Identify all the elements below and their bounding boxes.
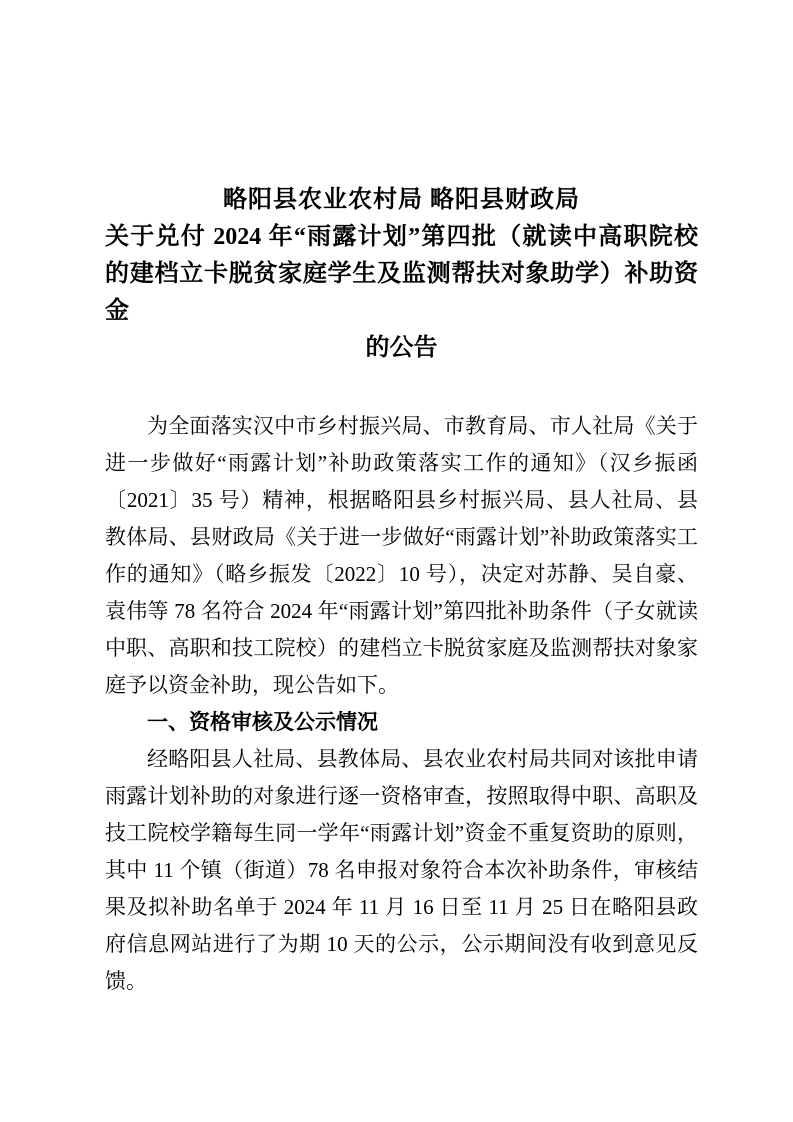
section-1-paragraph: 经略阳县人社局、县教体局、县农业农村局共同对该批申请雨露计划补助的对象进行逐一资…	[105, 741, 698, 1000]
intro-paragraph: 为全面落实汉中市乡村振兴局、市教育局、市人社局《关于进一步做好“雨露计划”补助政…	[105, 408, 698, 704]
title-subject-line-3: 的公告	[105, 330, 698, 367]
title-subject-line-2: 的建档立卡脱贫家庭学生及监测帮扶对象助学）补助资金	[105, 256, 698, 330]
document-content: 略阳县农业农村局 略阳县财政局 关于兑付 2024 年“雨露计划”第四批（就读中…	[0, 0, 793, 1000]
issuing-agencies-line: 略阳县农业农村局 略阳县财政局	[105, 182, 698, 219]
title-subject-line-1: 关于兑付 2024 年“雨露计划”第四批（就读中高职院校	[105, 219, 698, 256]
section-1-heading: 一、资格审核及公示情况	[105, 704, 698, 741]
document-title: 略阳县农业农村局 略阳县财政局 关于兑付 2024 年“雨露计划”第四批（就读中…	[105, 182, 698, 367]
document-page: 略阳县农业农村局 略阳县财政局 关于兑付 2024 年“雨露计划”第四批（就读中…	[0, 0, 793, 1122]
